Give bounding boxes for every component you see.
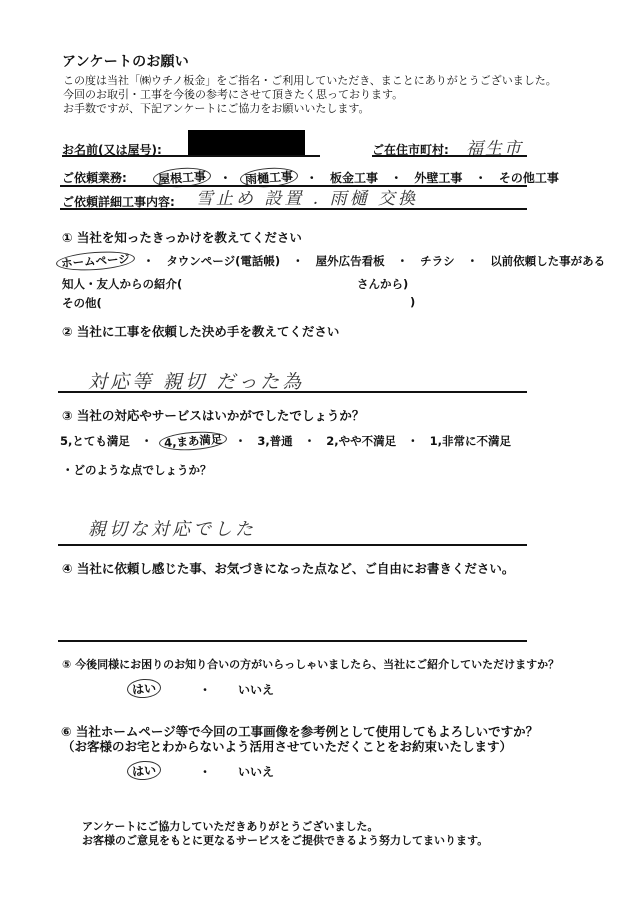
q3-answer[interactable]: 親切な対応でした [88, 515, 256, 541]
q5-yes[interactable]: はい [131, 681, 157, 696]
detail-value: 雪止め 設置 . 雨樋 交換 [196, 184, 418, 209]
q3-option-1[interactable]: 1,非常に不満足 [430, 434, 511, 448]
separator: ・ [219, 171, 231, 185]
service-exterior-wall[interactable]: 外壁工事 [414, 171, 462, 185]
q1-option-homepage[interactable]: ホームページ [55, 249, 135, 272]
closing-line-1: アンケートにご協力していただきありがとうございました。 [82, 820, 378, 834]
q1-referral-suffix: さんから) [357, 276, 408, 292]
q3-followup: ・どのような点でしょうか？ [62, 462, 212, 478]
separator: ・ [475, 171, 487, 185]
q3-option-2[interactable]: 2,やや不満足 [326, 434, 396, 448]
q1-other-prefix: その他( [62, 295, 102, 311]
q6-yes-label: はい [126, 760, 161, 781]
q3-option-4[interactable]: 4,まあ満足 [159, 430, 228, 453]
intro-line-3: お手数ですが、下記アンケートにご協力をお願いいたします。 [63, 102, 369, 116]
redacted-name [188, 130, 305, 156]
city-underline [372, 155, 527, 157]
q1-other-input[interactable] [120, 293, 410, 311]
separator: ・ [199, 681, 211, 698]
q1-referral-input[interactable] [200, 274, 350, 292]
q3-answer-line [58, 544, 527, 546]
closing-line-2: お客様のご意見をもとに更なるサービスをご提供できるよう努力してまいります。 [82, 834, 488, 848]
q2-answer-line [58, 391, 527, 393]
q1-option-previous[interactable]: 以前依頼した事がある [490, 254, 605, 268]
q6-no[interactable]: いいえ [238, 763, 274, 780]
separator: ・ [143, 254, 155, 268]
separator: ・ [141, 434, 153, 448]
q3-title: ③ 当社の対応やサービスはいかがでしたでしょうか？ [62, 406, 364, 424]
q5-yes-label: はい [126, 678, 161, 699]
q2-answer[interactable]: 対応等 親切 だった為 [88, 367, 304, 394]
q1-options: ホームページ ・ タウンページ(電話帳) ・ 屋外広告看板 ・ チラシ ・ 以前… [60, 253, 605, 269]
separator: ・ [397, 254, 409, 268]
q6-yes[interactable]: はい [131, 763, 157, 778]
service-other[interactable]: その他工事 [499, 171, 559, 185]
service-label: ご依頼業務: [62, 171, 127, 185]
name-underline [62, 155, 320, 157]
separator: ・ [467, 254, 479, 268]
separator: ・ [235, 434, 247, 448]
q1-option-flyer[interactable]: チラシ [420, 254, 455, 268]
separator: ・ [407, 434, 419, 448]
intro-line-1: この度は当社「㈱ウチノ板金」をご指名・ご利用していただき、まことにありがとうござ… [63, 74, 557, 88]
q4-answer-line [58, 640, 527, 642]
separator: ・ [390, 171, 402, 185]
separator: ・ [199, 763, 211, 780]
q1-option-billboard[interactable]: 屋外広告看板 [316, 254, 385, 268]
q5-title: ⑤ 今後同様にお困りのお知り合いの方がいらっしゃいましたら、当社にご紹介していた… [62, 656, 559, 672]
q1-option-townpage[interactable]: タウンページ(電話帳) [166, 254, 280, 268]
q6-note: （お客様のお宅とわからないよう活用させていただくことをお約束いたします） [62, 737, 512, 755]
service-sheet-metal[interactable]: 板金工事 [330, 171, 378, 185]
intro-line-2: 今回のお取引・工事を今後の参考にさせて頂きたく思っております。 [63, 88, 403, 102]
q1-title: ① 当社を知ったきっかけを教えてください [62, 228, 302, 246]
q3-options: 5,とても満足 ・ 4,まあ満足 ・ 3,普通 ・ 2,やや不満足 ・ 1,非常… [60, 433, 511, 449]
q1-referral-prefix: 知人・友人からの紹介( [62, 276, 182, 292]
q4-answer-area[interactable] [58, 580, 527, 638]
q2-title: ② 当社に工事を依頼した決め手を教えてください [62, 322, 339, 340]
q5-no[interactable]: いいえ [238, 681, 274, 698]
survey-title: アンケートのお願い [62, 51, 189, 71]
separator: ・ [304, 434, 316, 448]
separator: ・ [306, 171, 318, 185]
q3-option-3[interactable]: 3,普通 [257, 434, 292, 448]
q4-title: ④ 当社に依頼し感じた事、お気づきになった点など、ご自由にお書きください。 [62, 559, 514, 577]
q1-other-suffix: ) [410, 295, 415, 309]
detail-underline [60, 208, 527, 210]
separator: ・ [292, 254, 304, 268]
q3-option-5[interactable]: 5,とても満足 [60, 434, 130, 448]
